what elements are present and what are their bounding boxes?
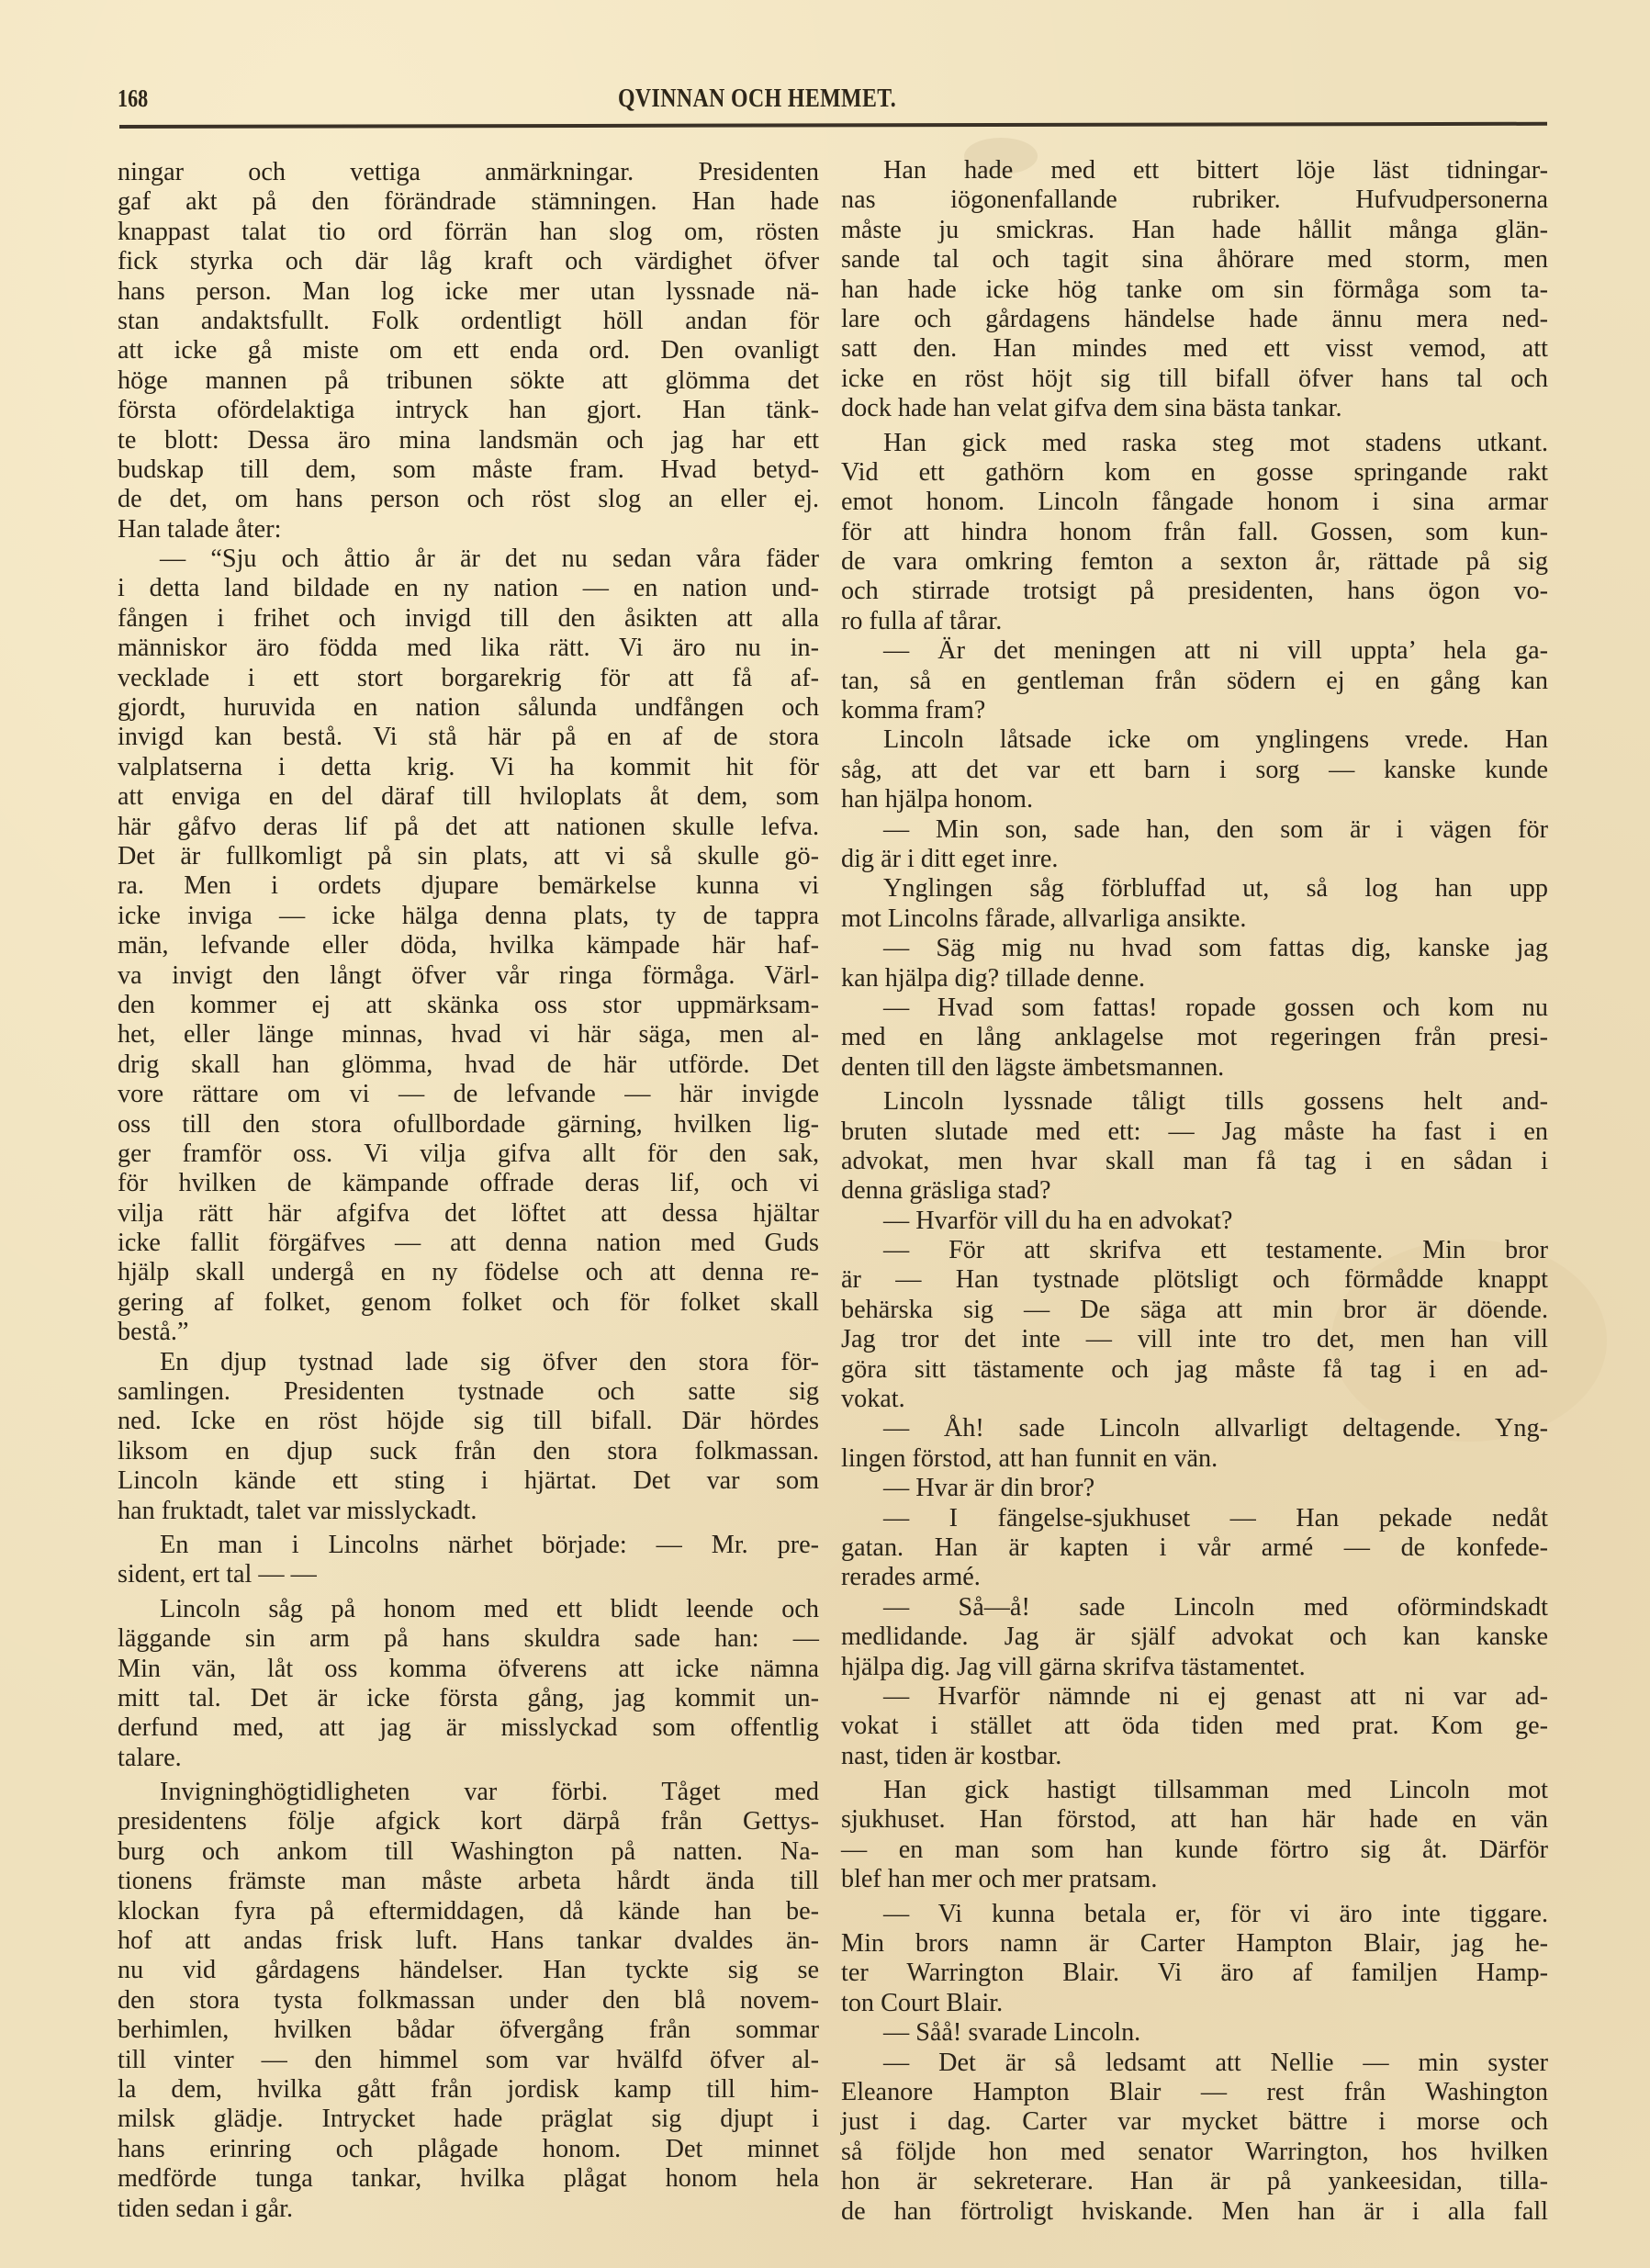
text-line: rerades armé. (841, 1563, 1548, 1592)
text-line: så följde hon med senator Warrington, ho… (841, 2138, 1548, 2167)
text-line: — Såå! svarade Lincoln. (841, 2018, 1548, 2048)
text-line: läggande sin arm på hans skuldra sade ha… (118, 1624, 819, 1654)
paragraph: Han hade med ett bittert löje läst tidni… (841, 156, 1548, 424)
text-line: blef han mer och mer pratsam. (841, 1865, 1548, 1894)
text-line: den kommer ej att skänka oss stor uppmär… (118, 991, 819, 1020)
text-line: sident, ert tal — — (118, 1560, 819, 1589)
text-line: dock hade han velat gifva dem sina bästa… (841, 394, 1548, 423)
text-line: Det är fullkomligt på sin plats, att vi … (118, 842, 819, 871)
text-line: höge mannen på tribunen sökte att glömma… (118, 366, 819, 396)
text-line: de vara omkring femton a sexton år, rätt… (841, 547, 1548, 577)
text-line: hjälp skall undergå en ny födelse och at… (118, 1258, 819, 1287)
paragraph: — Hvar är din bror? (841, 1474, 1548, 1503)
text-line: för att hindra honom från fall. Gossen, … (841, 518, 1548, 547)
text-line: het, eller länge minnas, hvad vi här säg… (118, 1020, 819, 1050)
text-line: — en man som han kunde förtro sig åt. Dä… (841, 1836, 1548, 1865)
text-line: ningar och vettiga anmärkningar. Preside… (118, 158, 819, 187)
paragraph: — I fängelse-sjukhuset — Han pekade nedå… (841, 1504, 1548, 1593)
text-line: knappast talat tio ord förrän han slog o… (118, 218, 819, 247)
text-line: att icke gå miste om ett enda ord. Den o… (118, 336, 819, 365)
text-line: ter Warrington Blair. Vi äro af familjen… (841, 1959, 1548, 1988)
text-line: satt den. Han mindes med ett visst vemod… (841, 334, 1548, 364)
text-line: — För att skrifva ett testamente. Min br… (841, 1236, 1548, 1265)
paragraph: — Hvarför vill du ha en advokat? (841, 1207, 1548, 1236)
text-line: till vinter — den himmel som var hvälfd … (118, 2046, 819, 2075)
text-line: — Det är så ledsamt att Nellie — min sys… (841, 2049, 1548, 2078)
paragraph: — Hvad som fattas! ropade gossen och kom… (841, 994, 1548, 1083)
text-line: Lincoln såg på honom med ett blidt leend… (118, 1595, 819, 1624)
text-line: — Hvarför vill du ha en advokat? (841, 1207, 1548, 1236)
running-title: QVINNAN OCH HEMMET. (618, 84, 896, 114)
text-line: vokat. (841, 1385, 1548, 1414)
text-line: vecklade i ett stort borgarekrig för att… (118, 664, 819, 693)
text-line: Min brors namn är Carter Hampton Blair, … (841, 1929, 1548, 1959)
text-line: här gåfvo deras lif på det att nationen … (118, 813, 819, 842)
text-line: nu vid gårdagens händelser. Han tyckte s… (118, 1956, 819, 1985)
text-line: han fruktadt, talet var misslyckadt. (118, 1497, 819, 1526)
text-line: icke inviga — icke hälga denna plats, ty… (118, 902, 819, 931)
text-line: En man i Lincolns närhet började: — Mr. … (118, 1531, 819, 1560)
text-line: gaf akt på den förändrade stämningen. Ha… (118, 187, 819, 217)
paragraph: Han gick med raska steg mot stadens utka… (841, 429, 1548, 637)
text-line: medförde tunga tankar, hvilka plågat hon… (118, 2164, 819, 2194)
text-line: te blott: Dessa äro mina landsmän och ja… (118, 426, 819, 455)
text-line: komma fram? (841, 696, 1548, 725)
text-line: milsk glädje. Intrycket hade präglat sig… (118, 2105, 819, 2134)
text-line: bruten slutade med ett: — Jag måste ha f… (841, 1117, 1548, 1147)
text-line: såg, att det var ett barn i sorg — kansk… (841, 756, 1548, 785)
text-line: hjälpa dig. Jag vill gärna skrifva tästa… (841, 1653, 1548, 1682)
text-line: fången i frihet och invigd till den åsik… (118, 604, 819, 634)
paragraph: — Hvarför nämnde ni ej genast att ni var… (841, 1682, 1548, 1771)
text-line: invigd kan bestå. Vi stå här på en af de… (118, 723, 819, 752)
text-line: män, lefvande eller döda, hvilka kämpade… (118, 931, 819, 960)
magazine-page: 168 QVINNAN OCH HEMMET. ningar och vetti… (0, 0, 1650, 2268)
text-line: måste ju smickras. Han hade hållit många… (841, 216, 1548, 245)
text-line: burg och ankom till Washington på natten… (118, 1837, 819, 1867)
text-line: Han gick hastigt tillsamman med Lincoln … (841, 1776, 1548, 1805)
text-line: hon är sekreterare. Han är på yankeesida… (841, 2167, 1548, 2196)
paragraph: — Är det meningen att ni vill uppta’ hel… (841, 636, 1548, 725)
paragraph: — “Sju och åttio år är det nu sedan våra… (118, 545, 819, 1348)
page-header: 168 QVINNAN OCH HEMMET. (118, 79, 1550, 125)
text-line: En djup tystnad lade sig öfver den stora… (118, 1348, 819, 1377)
text-line: stan andaktsfullt. Folk ordentligt höll … (118, 307, 819, 336)
text-line: att enviga en del däraf till hviloplats … (118, 782, 819, 812)
text-line: Lincoln kände ett sting i hjärtat. Det v… (118, 1466, 819, 1496)
paragraph: Lincoln låtsade icke om ynglingens vrede… (841, 725, 1548, 814)
text-line: emot honom. Lincoln fångade honom i sina… (841, 488, 1548, 517)
text-line: va invigt den långt öfver vår ringa förm… (118, 961, 819, 991)
paragraph: En djup tystnad lade sig öfver den stora… (118, 1348, 819, 1526)
text-line: ned. Icke en röst höjde sig till bifall.… (118, 1407, 819, 1436)
text-line: presidentens följe afgick kort därpå frå… (118, 1807, 819, 1836)
text-line: derfund med, att jag är misslyckad som o… (118, 1713, 819, 1743)
text-line: gatan. Han är kapten i vår armé — de kon… (841, 1533, 1548, 1563)
text-line: gering af folket, genom folket och för f… (118, 1288, 819, 1318)
paragraph: — Åh! sade Lincoln allvarligt deltagende… (841, 1414, 1548, 1474)
paragraph: En man i Lincolns närhet började: — Mr. … (118, 1531, 819, 1590)
text-line: icke en röst höjt sig till bifall öfver … (841, 365, 1548, 394)
text-line: — Hvarför nämnde ni ej genast att ni var… (841, 1682, 1548, 1712)
paragraph: — För att skrifva ett testamente. Min br… (841, 1236, 1548, 1414)
text-line: just i dag. Carter var mycket bättre i m… (841, 2107, 1548, 2137)
text-line: — Vi kunna betala er, för vi äro inte ti… (841, 1900, 1548, 1929)
text-line: vokat i stället att öda tiden med prat. … (841, 1712, 1548, 1741)
text-line: talare. (118, 1744, 819, 1773)
text-line: berhimlen, hvilken bådar öfvergång från … (118, 2015, 819, 2045)
text-line: Han hade med ett bittert löje läst tidni… (841, 156, 1548, 185)
text-line: mot Lincolns fårade, allvarliga ansikte. (841, 904, 1548, 934)
text-line: hof att andas frisk luft. Hans tankar dv… (118, 1926, 819, 1956)
text-line: ro fulla af tårar. (841, 607, 1548, 636)
text-line: mitt tal. Det är icke första gång, jag k… (118, 1684, 819, 1713)
paragraph: Han gick hastigt tillsamman med Lincoln … (841, 1776, 1548, 1895)
text-line: i detta land bildade en ny nation — en n… (118, 574, 819, 603)
page-number: 168 (118, 84, 148, 113)
paragraph: — Min son, sade han, den som är i vägen … (841, 815, 1548, 875)
text-line: tiden sedan i går. (118, 2195, 819, 2224)
text-line: sande tal och tagit sina åhörare med sto… (841, 245, 1548, 275)
text-line: tionens främste man måste arbeta hårdt ä… (118, 1867, 819, 1896)
text-line: Han talade åter: (118, 515, 819, 545)
text-line: nas iögonenfallande rubriker. Hufvudpers… (841, 185, 1548, 215)
text-line: de han förtroligt hviskande. Men han är … (841, 2197, 1548, 2227)
text-line: valplatserna i detta krig. Vi ha kommit … (118, 753, 819, 782)
text-line: den stora tysta folkmassan under den blå… (118, 1986, 819, 2015)
text-line: ger framför oss. Vi vilja gifva allt för… (118, 1140, 819, 1169)
text-line: han hade icke hög tanke om sin förmåga s… (841, 275, 1548, 305)
text-line: medlidande. Jag är själf advokat och kan… (841, 1622, 1548, 1652)
text-column-right: Han hade med ett bittert löje läst tidni… (841, 156, 1548, 2227)
paragraph: — Det är så ledsamt att Nellie — min sys… (841, 2049, 1548, 2227)
text-line: — Är det meningen att ni vill uppta’ hel… (841, 636, 1548, 666)
text-line: la dem, hvilka gått från jordisk kamp ti… (118, 2075, 819, 2105)
text-line: nast, tiden är kostbar. (841, 1742, 1548, 1771)
text-line: hans erinring och plågade honom. Det min… (118, 2135, 819, 2164)
text-line: — Så—å! sade Lincoln med oförmindskadt (841, 1593, 1548, 1622)
text-line: är — Han tystnade plötsligt och förmådde… (841, 1265, 1548, 1295)
text-line: icke fallit förgäfves — att denna nation… (118, 1229, 819, 1258)
text-line: Eleanore Hampton Blair — rest från Washi… (841, 2078, 1548, 2107)
text-line: Lincoln lyssnade tåligt tills gossens he… (841, 1087, 1548, 1117)
text-line: Lincoln låtsade icke om ynglingens vrede… (841, 725, 1548, 755)
text-line: hans person. Man log icke mer utan lyssn… (118, 277, 819, 307)
text-line: och stirrade trotsigt på presidenten, ha… (841, 577, 1548, 606)
paragraph: — Vi kunna betala er, för vi äro inte ti… (841, 1900, 1548, 2019)
text-line: budskap till dem, som måste fram. Hvad b… (118, 455, 819, 485)
text-line: dig är i ditt eget inre. (841, 845, 1548, 874)
text-line: Han gick med raska steg mot stadens utka… (841, 429, 1548, 458)
paragraph: Lincoln såg på honom med ett blidt leend… (118, 1595, 819, 1773)
text-line: människor äro födda med lika rätt. Vi är… (118, 634, 819, 663)
paragraph: Invigninghögtidligheten var förbi. Tåget… (118, 1778, 819, 2224)
text-line: samlingen. Presidenten tystnade och satt… (118, 1377, 819, 1407)
text-line: bestå.” (118, 1318, 819, 1347)
text-line: Ynglingen såg förbluffad ut, så log han … (841, 874, 1548, 904)
text-line: drig skall han glömma, hvad de här utför… (118, 1050, 819, 1080)
text-line: Vid ett gathörn kom en gosse springande … (841, 458, 1548, 488)
text-line: de det, om hans person och röst slog an … (118, 485, 819, 514)
text-line: liksom en djup suck från den stora folkm… (118, 1437, 819, 1466)
text-line: första ofördelaktiga intryck han gjort. … (118, 396, 819, 425)
text-line: — Hvad som fattas! ropade gossen och kom… (841, 994, 1548, 1023)
paragraph: — Säg mig nu hvad som fattas dig, kanske… (841, 934, 1548, 994)
text-line: för hvilken de kämpande offrade deras li… (118, 1169, 819, 1198)
text-line: ra. Men i ordets djupare bemärkelse kunn… (118, 871, 819, 901)
text-line: oss till den stora ofullbordade gärning,… (118, 1110, 819, 1140)
paragraph: — Såå! svarade Lincoln. (841, 2018, 1548, 2048)
paragraph: — Så—å! sade Lincoln med oförmindskadtme… (841, 1593, 1548, 1682)
text-line: lingen förstod, att han funnit en vän. (841, 1444, 1548, 1474)
text-line: Invigninghögtidligheten var förbi. Tåget… (118, 1778, 819, 1807)
text-line: ton Court Blair. (841, 1989, 1548, 2018)
text-line: klockan fyra på eftermiddagen, då kände … (118, 1897, 819, 1926)
paragraph: ningar och vettiga anmärkningar. Preside… (118, 158, 819, 545)
text-line: — Min son, sade han, den som är i vägen … (841, 815, 1548, 845)
text-line: han hjälpa honom. (841, 785, 1548, 814)
text-line: kan hjälpa dig? tillade denne. (841, 964, 1548, 994)
text-line: sjukhuset. Han förstod, att han här hade… (841, 1805, 1548, 1835)
text-line: — Hvar är din bror? (841, 1474, 1548, 1503)
paragraph: Lincoln lyssnade tåligt tills gossens he… (841, 1087, 1548, 1207)
text-line: Min vän, låt oss komma öfverens att icke… (118, 1655, 819, 1684)
text-line: vore rättare om vi — de lefvande — här i… (118, 1080, 819, 1109)
text-line: Jag tror det inte — vill inte tro det, m… (841, 1325, 1548, 1354)
text-line: — I fängelse-sjukhuset — Han pekade nedå… (841, 1504, 1548, 1533)
text-line: gjordt, huruvida en nation sålunda undfå… (118, 693, 819, 723)
text-line: — “Sju och åttio år är det nu sedan våra… (118, 545, 819, 574)
text-line: tan, så en gentleman från södern ej en g… (841, 667, 1548, 696)
text-line: med en lång anklagelse mot regeringen fr… (841, 1023, 1548, 1052)
text-line: — Säg mig nu hvad som fattas dig, kanske… (841, 934, 1548, 963)
text-column-left: ningar och vettiga anmärkningar. Preside… (118, 158, 819, 2224)
text-line: advokat, men hvar skall man få tag i en … (841, 1147, 1548, 1176)
paragraph: Ynglingen såg förbluffad ut, så log han … (841, 874, 1548, 934)
text-line: göra sitt tästamente och jag måste få ta… (841, 1355, 1548, 1385)
text-line: lare och gårdagens händelse hade ännu me… (841, 305, 1548, 334)
text-line: vilja rätt här afgifva det löftet att de… (118, 1199, 819, 1229)
text-line: denten till den lägste ämbetsmannen. (841, 1053, 1548, 1083)
text-line: fick styrka och där låg kraft och värdig… (118, 247, 819, 276)
text-line: — Åh! sade Lincoln allvarligt deltagende… (841, 1414, 1548, 1443)
text-line: behärska sig — De säga att min bror är d… (841, 1296, 1548, 1325)
text-line: denna gräsliga stad? (841, 1176, 1548, 1206)
